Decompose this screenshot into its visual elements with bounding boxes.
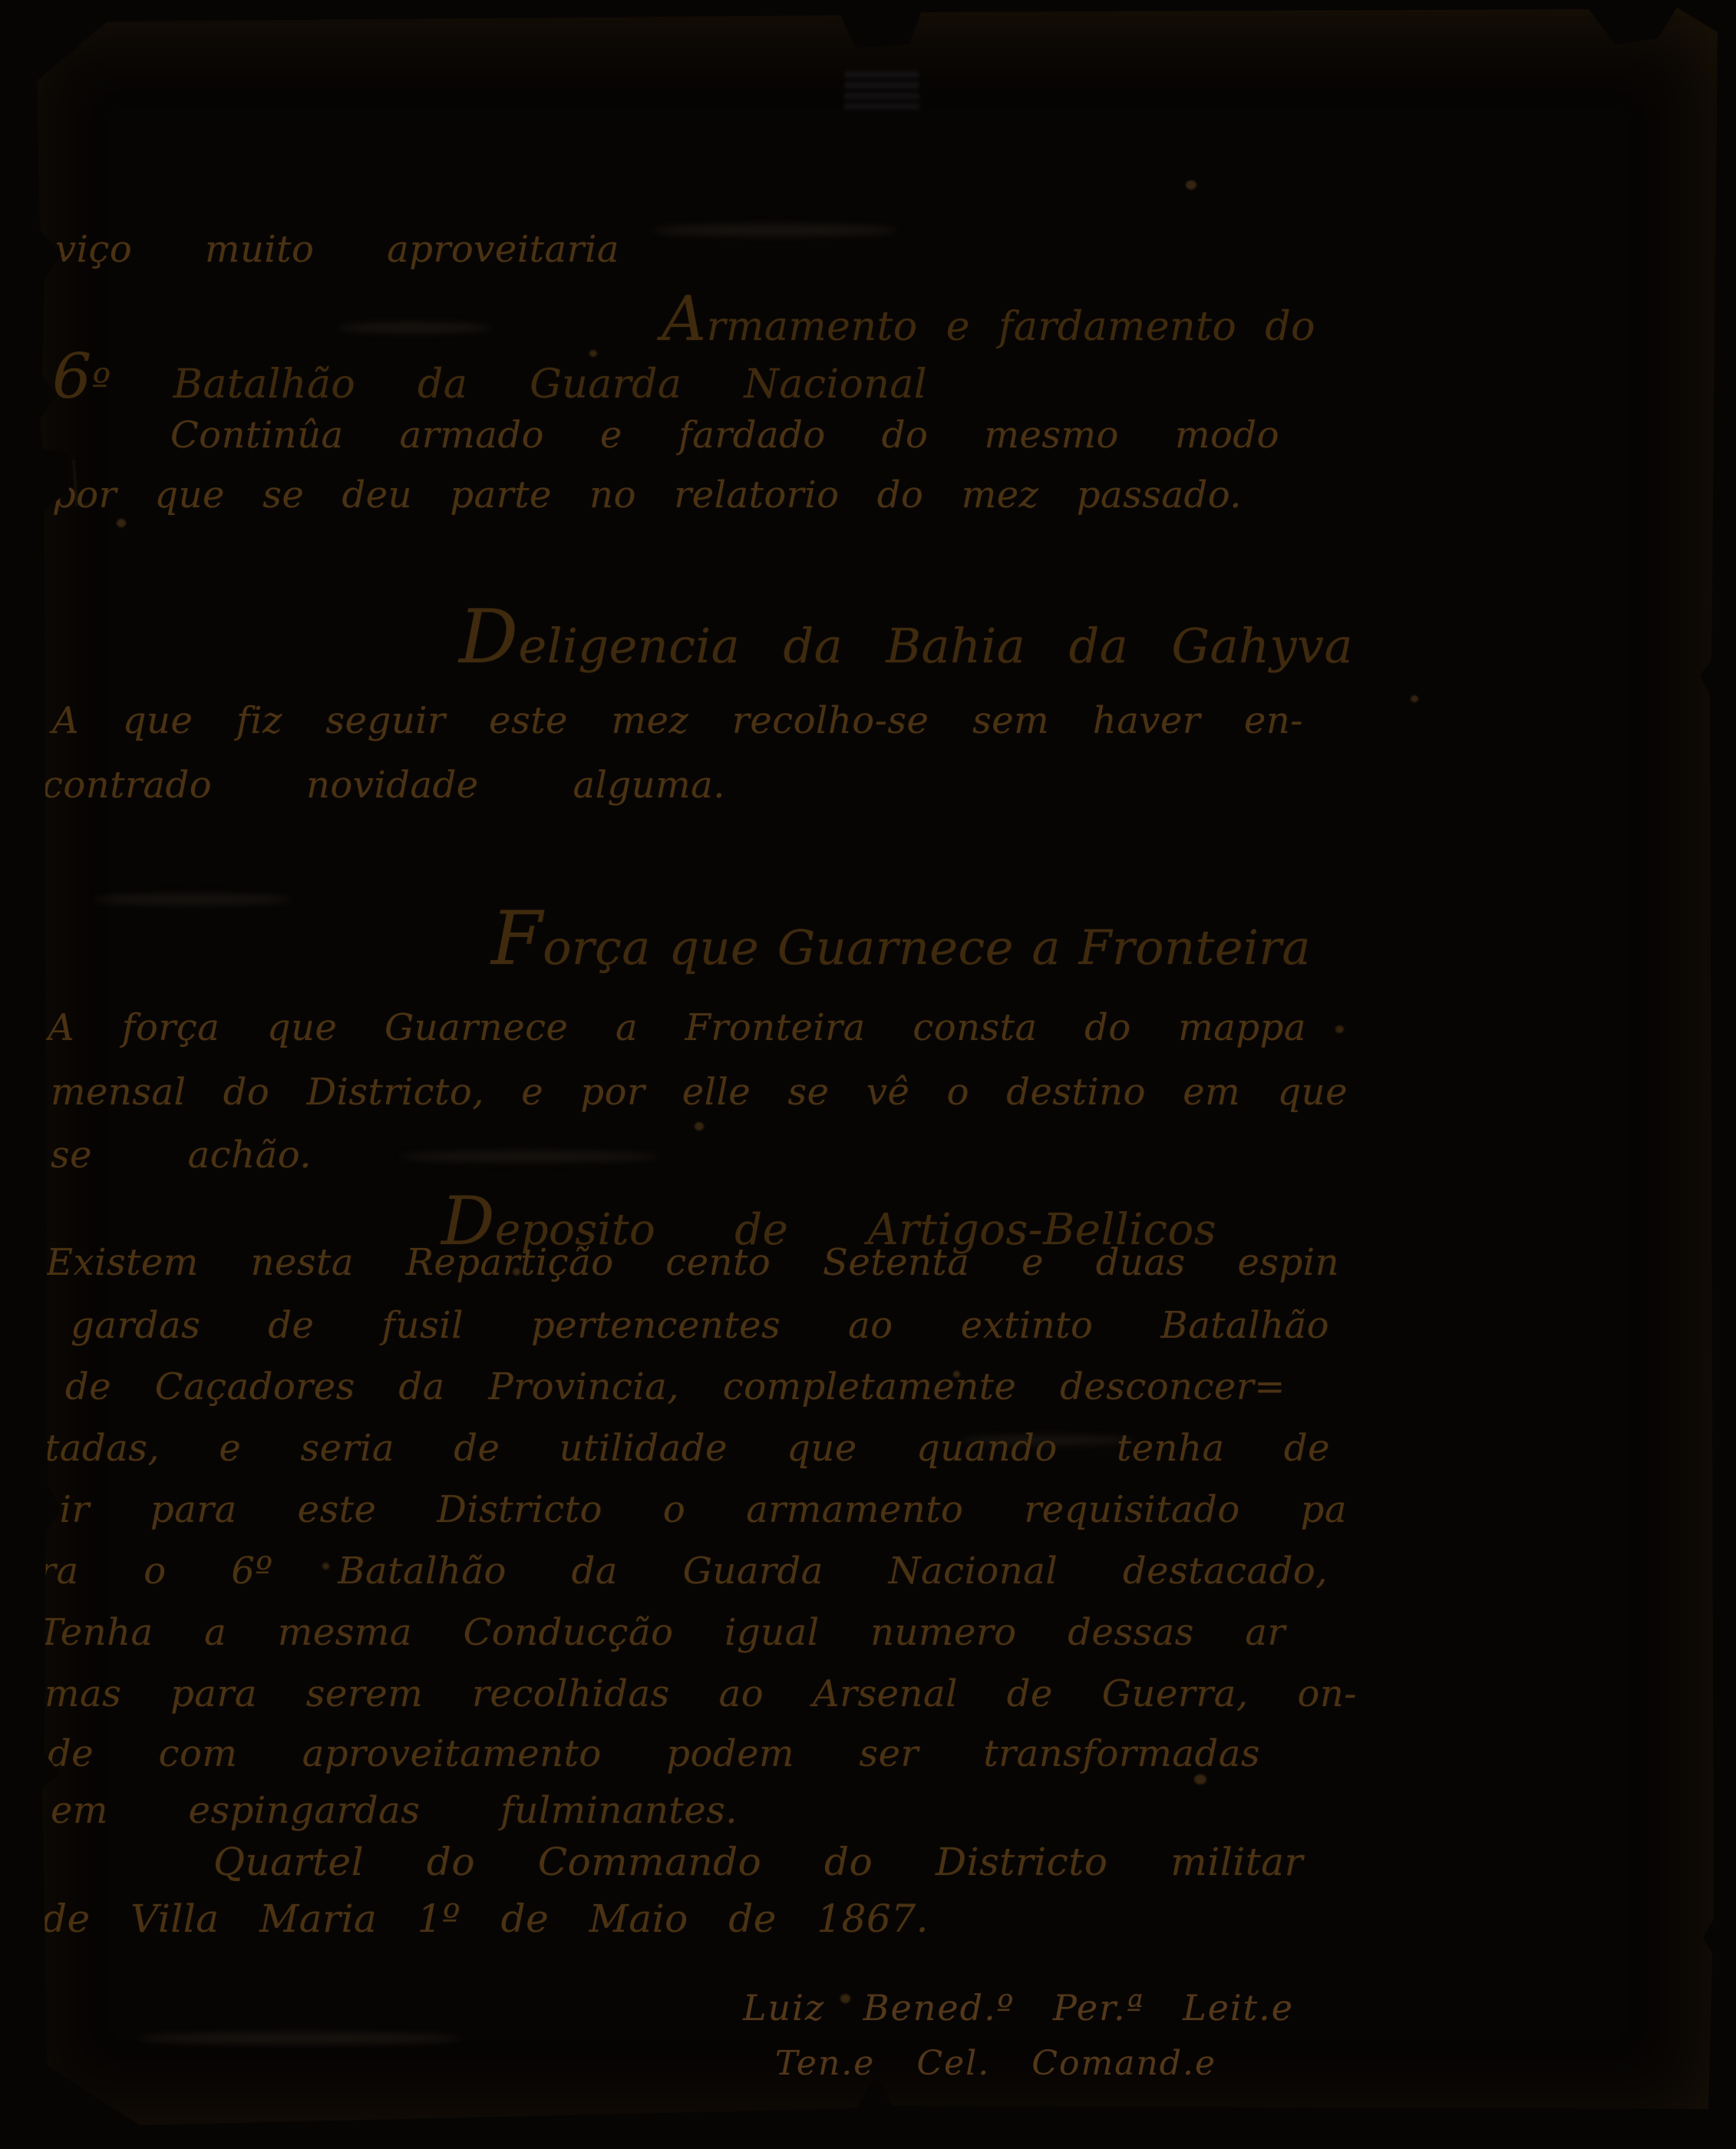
manuscript-line: vir para este Districto o armamento requ… xyxy=(38,1489,1347,1531)
section-heading: Deligencia da Bahia da Gahyva xyxy=(459,595,1353,680)
foxing-spot xyxy=(1335,1025,1344,1033)
manuscript-line: A que fiz seguir este mez recolho-se sem… xyxy=(52,700,1303,742)
manuscript-line: ra o 6º Batalhão da Guarda Nacional dest… xyxy=(38,1550,1328,1593)
manuscript-line: Existem nesta Repartição cento Setenta e… xyxy=(46,1242,1339,1284)
show-through-smudge xyxy=(399,1151,660,1162)
paper-sheet: viço muito aproveitariaArmamento e farda… xyxy=(0,0,1736,2149)
scanned-manuscript-page: viço muito aproveitariaArmamento e farda… xyxy=(0,0,1736,2149)
foxing-spot xyxy=(1194,1774,1206,1784)
manuscript-line: Continûa armado e fardado do mesmo modo xyxy=(170,414,1279,457)
foxing-spot xyxy=(695,1122,704,1131)
foxing-spot xyxy=(1186,180,1196,190)
manuscript-line: mas para serem recolhidas ao Arsenal de … xyxy=(45,1673,1357,1715)
manuscript-line: viço muito aproveitaria xyxy=(55,229,619,271)
manuscript-line: gardas de fusil pertencentes ao extinto … xyxy=(71,1305,1329,1347)
manuscript-line: A força que Guarnece a Fronteira consta … xyxy=(48,1007,1306,1049)
show-through-smudge xyxy=(92,894,292,905)
show-through-smudge xyxy=(338,322,491,333)
manuscript-line: de Caçadores da Provincia, completamente… xyxy=(65,1366,1285,1408)
section-heading: Força que Guarnece a Fronteira xyxy=(491,896,1311,982)
manuscript-line: mensal do Districto, e por elle se vê o … xyxy=(51,1071,1348,1114)
show-through-smudge xyxy=(138,2032,460,2045)
manuscript-line: Quartel do Commando do Districto militar xyxy=(213,1840,1303,1885)
manuscript-line: de com aproveitamento podem ser transfor… xyxy=(48,1733,1260,1775)
foxing-spot xyxy=(1411,695,1418,702)
manuscript-line: contrado novidade alguma. xyxy=(42,764,725,807)
manuscript-line: se achão. xyxy=(51,1134,312,1177)
manuscript-line: por que se deu parte no relatorio do mez… xyxy=(52,474,1242,517)
show-through-smudge xyxy=(652,224,898,236)
foxing-spot xyxy=(117,519,126,527)
signature-line: Luiz Bened.º Per.ª Leit.e xyxy=(743,1988,1294,2029)
manuscript-line: Tenha a mesma Conducção igual numero des… xyxy=(38,1612,1285,1654)
manuscript-line: tadas, e seria de utilidade que quando t… xyxy=(45,1428,1330,1470)
manuscript-line: em espingardas fulminantes. xyxy=(51,1790,738,1832)
archive-stamp xyxy=(844,66,919,109)
signature-line: Ten.e Cel. Comand.e xyxy=(775,2045,1216,2084)
manuscript-line: de Villa Maria 1º de Maio de 1867. xyxy=(42,1897,929,1942)
section-heading: 6º Batalhão da Guarda Nacional xyxy=(52,342,927,413)
